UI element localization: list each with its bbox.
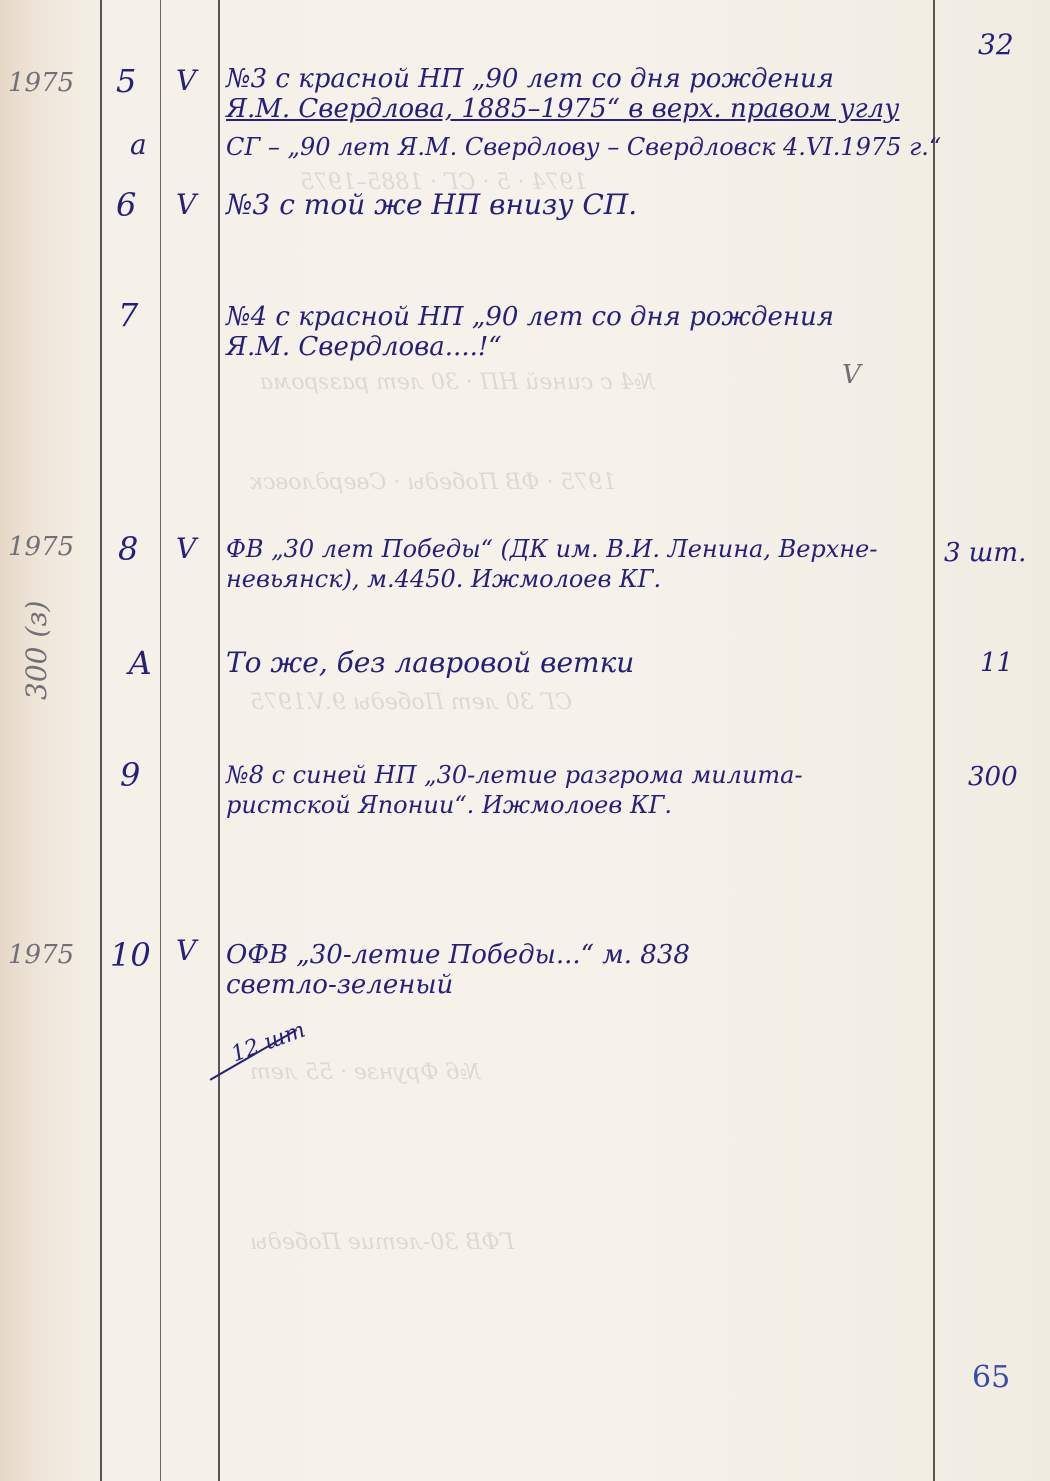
- entry-price: 11: [980, 648, 1013, 678]
- entry-number: А: [128, 644, 152, 682]
- entry-number: 6: [116, 186, 136, 224]
- entry-year: 1975: [8, 532, 74, 562]
- entry-description: №8 с синей НП „30-летие разгрома милита-…: [226, 760, 803, 820]
- column-rule-year: [100, 0, 102, 1481]
- bleed-through-text: ГФВ 30-летие Победы: [250, 1230, 514, 1255]
- ledger-page: 1974 · 5 · СГ · 1885–1975 №4 с синей НП …: [0, 0, 1050, 1481]
- entry-description-line: №3 с той же НП внизу СП.: [226, 190, 637, 220]
- entry-description-line: невьянск), м.4450. Ижмолоев КГ.: [226, 564, 877, 594]
- bleed-through-text: №4 с синей НП · 30 лет разгрома: [260, 370, 655, 395]
- leaf-number: 65: [972, 1360, 1010, 1395]
- entry-description-line: Я.М. Свердлова, 1885–1975“ в верх. право…: [226, 94, 899, 124]
- margin-note: 300 (з): [20, 601, 53, 700]
- entry-description: ОФВ „30-летие Победы...“ м. 838 светло-з…: [226, 940, 690, 1000]
- entry-description: №3 с красной НП „90 лет со дня рождения …: [226, 64, 899, 124]
- entry-description-line: ФВ „30 лет Победы“ (ДК им. В.И. Ленина, …: [226, 534, 877, 564]
- bleed-through-text: СГ 30 лет Победы 9.V.1975: [250, 690, 572, 715]
- entry-number: 5: [116, 62, 136, 100]
- entry-description-line: №8 с синей НП „30-летие разгрома милита-: [226, 760, 803, 790]
- entry-year: 1975: [8, 940, 74, 970]
- pencil-check-mark: V: [842, 360, 861, 390]
- entry-year: 1975: [8, 68, 74, 98]
- entry-description: №3 с той же НП внизу СП.: [226, 190, 637, 220]
- entry-description: СГ – „90 лет Я.М. Свердлову – Свердловск…: [226, 132, 941, 162]
- entry-description: №4 с красной НП „90 лет со дня рождения …: [226, 302, 834, 362]
- entry-number: 10: [110, 936, 151, 974]
- entry-description-line: СГ – „90 лет Я.М. Свердлову – Свердловск…: [226, 132, 941, 162]
- column-rule-check: [218, 0, 220, 1481]
- entry-check: V: [176, 934, 196, 967]
- entry-number: 9: [120, 756, 140, 794]
- entry-description-line: №4 с красной НП „90 лет со дня рождения: [226, 302, 834, 332]
- entry-description-line: ристской Японии“. Ижмолоев КГ.: [226, 790, 803, 820]
- sheet-number: 32: [978, 28, 1014, 61]
- entry-description-line: светло-зеленый: [226, 970, 690, 1000]
- entry-price: 300: [968, 762, 1018, 792]
- entry-check: V: [176, 532, 196, 565]
- entry-check: V: [176, 64, 196, 97]
- bleed-through-text: №6 Фрунзе · 55 лет: [250, 1060, 480, 1085]
- bleed-through-text: 1975 · ФВ Победы · Свердловск: [250, 470, 616, 495]
- entry-description-line: Я.М. Свердлова....!“: [226, 332, 834, 362]
- entry-check: V: [176, 188, 196, 221]
- entry-description-line: ОФВ „30-летие Победы...“ м. 838: [226, 940, 690, 970]
- column-rule-description: [933, 0, 935, 1481]
- entry-number: 8: [118, 530, 138, 568]
- entry-description-line: №3 с красной НП „90 лет со дня рождения: [226, 64, 899, 94]
- entry-description: ФВ „30 лет Победы“ (ДК им. В.И. Ленина, …: [226, 534, 877, 594]
- entry-description-line: То же, без лавровой ветки: [226, 648, 634, 678]
- entry-description: То же, без лавровой ветки: [226, 648, 634, 678]
- entry-price: 3 шт.: [944, 538, 1026, 568]
- entry-number: а: [130, 128, 147, 161]
- entry-number: 7: [118, 296, 138, 334]
- column-rule-number: [160, 0, 161, 1481]
